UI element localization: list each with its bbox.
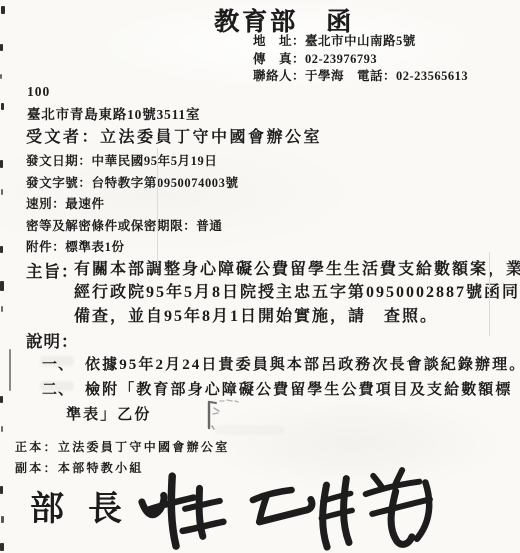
classification: 密等及解密條件或保密期限：普通 [26, 216, 239, 238]
minister-signature-handwriting-icon [119, 454, 466, 553]
scan-edge-artifact [1, 516, 4, 523]
scan-edge-artifact [0, 160, 3, 168]
scan-edge-artifact [0, 44, 3, 51]
scan-shading [40, 381, 74, 391]
scan-edge-artifact [0, 74, 2, 79]
recipient-line: 受文者：立法委員丁守中國會辦公室 [26, 124, 322, 147]
subject-label: 主旨： [26, 258, 79, 282]
explanation-item1-text: 依據95年2月24日貴委員與本部呂政務次長會談紀錄辦理。 [85, 353, 520, 374]
recipient-street-address: 臺北市青島東路10號3511室 [27, 103, 200, 123]
document-meta-block: 發文日期：中華民國95年5月19日 發文字號：台特教字第0950074003號 … [26, 151, 239, 259]
official-letter-scan: 教育部 函 地 址：臺北市中山南路5號 傳 真：02-23976793 聯絡人：… [0, 0, 520, 553]
scan-edge-artifact [0, 246, 3, 253]
subject-line: 備查，並自95年8月1日開始實施，請 查照。 [74, 305, 520, 328]
scan-fold-line [489, 252, 490, 336]
scan-fold-line [157, 148, 158, 266]
recipient-postal-code: 100 [27, 84, 50, 100]
scan-edge-artifact [0, 396, 3, 403]
scan-edge-artifact [1, 189, 3, 195]
sender-fax: 傳 真：02-23976793 [253, 51, 468, 69]
issue-date: 發文日期：中華民國95年5月19日 [26, 151, 239, 173]
scan-edge-artifact [1, 426, 3, 432]
subject-body: 有關本部調整身心障礙公費留學生生活費支給數額案，業 經行政院95年5月8日院授主… [74, 258, 520, 328]
sender-contact-block: 地 址：臺北市中山南路5號 傳 真：02-23976793 聯絡人：于學海 電話… [253, 33, 468, 86]
scan-edge-artifact [1, 6, 5, 14]
reference-number: 發文字號：台特教字第0950074003號 [26, 173, 239, 195]
priority: 速別：最速件 [26, 194, 239, 216]
explanation-label: 說明： [26, 328, 79, 352]
scan-edge-artifact [0, 486, 3, 494]
scan-edge-artifact [1, 306, 3, 312]
scan-edge-artifact [1, 103, 4, 110]
explanation-item2-text-line2: 準表」乙份 [66, 403, 152, 424]
subject-line: 有關本部調整身心障礙公費留學生生活費支給數額案，業 [74, 258, 520, 281]
scan-edge-artifact [0, 281, 4, 291]
subject-line: 經行政院95年5月8日院授主忠五字第0950002887號函同意 [74, 281, 520, 304]
copy-original: 正本：立法委員丁守中國會辦公室 [15, 437, 230, 458]
attachment-note: 附件：標準表1份 [26, 237, 239, 259]
sender-contact-person: 聯絡人：于學海 電話：02-23565613 [253, 68, 468, 86]
scan-shading [40, 356, 74, 366]
sender-address: 地 址：臺北市中山南路5號 [253, 33, 468, 51]
explanation-item2-text-line1: 檢附「教育部身心障礙公費留學生公費項目及支給數額標 [85, 378, 513, 399]
scan-edge-artifact [9, 349, 11, 391]
scan-edge-artifact [0, 543, 4, 551]
minister-signature [120, 458, 465, 553]
scan-shading [215, 425, 285, 435]
